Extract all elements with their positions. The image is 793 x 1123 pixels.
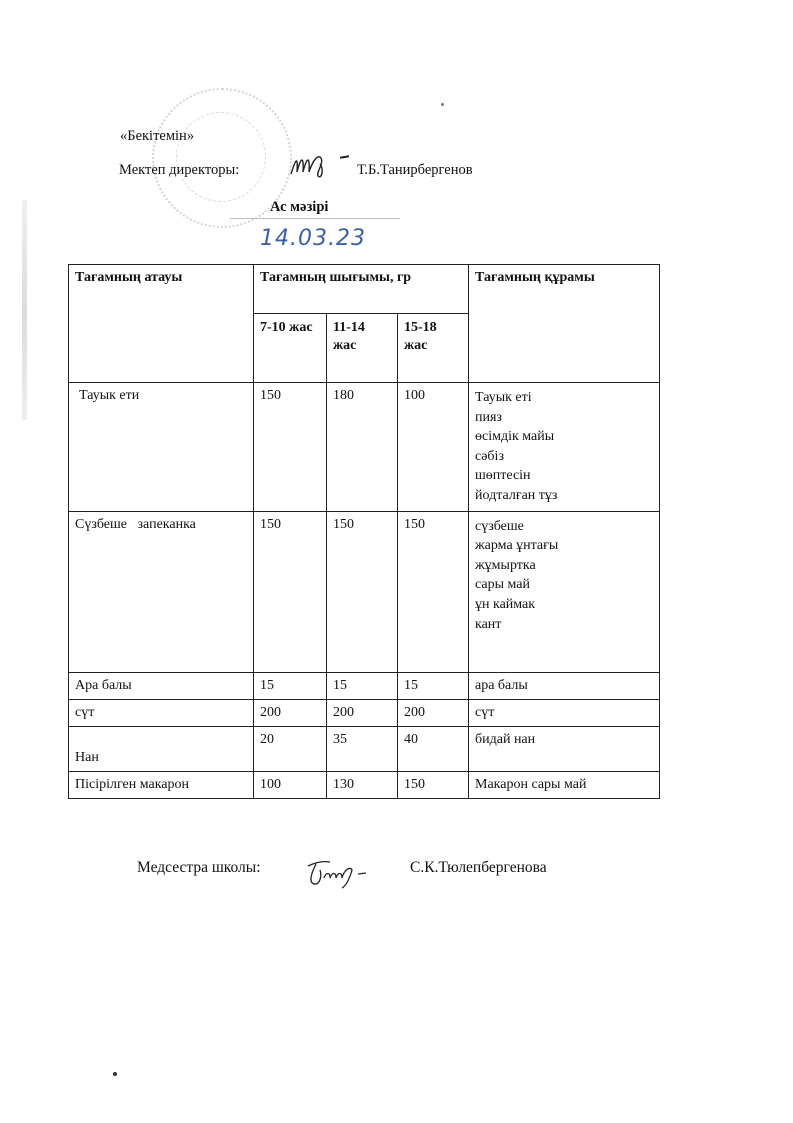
portion-11-14: 130 bbox=[327, 771, 398, 798]
ingredient: сары май bbox=[475, 575, 653, 595]
menu-table: Тағамның атауы Тағамның шығымы, гр Тағам… bbox=[68, 264, 660, 799]
ingredients: сүзбеше жарма ұнтағы жұмыртка сары май ұ… bbox=[469, 511, 660, 672]
dish-name: сүт bbox=[69, 699, 254, 726]
director-signature bbox=[288, 150, 338, 182]
director-label: Мектеп директоры: bbox=[119, 162, 239, 179]
ingredient: жарма ұнтағы bbox=[475, 536, 653, 556]
ingredients: сүт bbox=[469, 699, 660, 726]
table-row: сүт 200 200 200 сүт bbox=[69, 699, 660, 726]
header-age-15-18: 15-18 жас bbox=[398, 314, 469, 383]
scan-speck bbox=[441, 103, 444, 106]
portion-15-18: 40 bbox=[398, 726, 469, 771]
portion-7-10: 200 bbox=[254, 699, 327, 726]
header-portion: Тағамның шығымы, гр bbox=[254, 265, 469, 314]
portion-7-10: 15 bbox=[254, 672, 327, 699]
director-name: Т.Б.Танирбергенов bbox=[357, 162, 473, 179]
portion-7-10: 150 bbox=[254, 383, 327, 512]
portion-11-14: 200 bbox=[327, 699, 398, 726]
table-row: Тауык ети 150 180 100 Тауык еті пияз өсі… bbox=[69, 383, 660, 512]
ingredient: пияз bbox=[475, 408, 653, 428]
portion-11-14: 150 bbox=[327, 511, 398, 672]
portion-15-18: 150 bbox=[398, 771, 469, 798]
table-row: Сүзбеше запеканка 150 150 150 сүзбеше жа… bbox=[69, 511, 660, 672]
header-dish-name: Тағамның атауы bbox=[69, 265, 254, 383]
header-age-11-14: 11-14 жас bbox=[327, 314, 398, 383]
portion-11-14: 35 bbox=[327, 726, 398, 771]
header-age-7-10: 7-10 жас bbox=[254, 314, 327, 383]
ingredient: сүзбеше bbox=[475, 517, 653, 537]
dish-name: Сүзбеше запеканка bbox=[69, 511, 254, 672]
ingredient: Тауык еті bbox=[475, 388, 653, 408]
scan-speck bbox=[113, 1072, 117, 1076]
ingredient: жұмыртка bbox=[475, 556, 653, 576]
table-row: Нан 20 35 40 бидай нан bbox=[69, 726, 660, 771]
ingredients: Макарон сары май bbox=[469, 771, 660, 798]
ingredient: йодталған тұз bbox=[475, 486, 653, 506]
portion-15-18: 200 bbox=[398, 699, 469, 726]
ingredients: ара балы bbox=[469, 672, 660, 699]
portion-15-18: 15 bbox=[398, 672, 469, 699]
ingredient: өсімдік майы bbox=[475, 427, 653, 447]
ingredients: Тауык еті пияз өсімдік майы сәбіз шөптес… bbox=[469, 383, 660, 512]
portion-15-18: 100 bbox=[398, 383, 469, 512]
header-composition: Тағамның құрамы bbox=[469, 265, 660, 383]
portion-7-10: 100 bbox=[254, 771, 327, 798]
approve-label: «Бекітемін» bbox=[120, 128, 194, 145]
dish-name: Нан bbox=[69, 726, 254, 771]
nurse-name: С.К.Тюлепбергенова bbox=[410, 859, 547, 877]
signature-dash bbox=[340, 155, 349, 159]
portion-11-14: 180 bbox=[327, 383, 398, 512]
dish-name: Ара балы bbox=[69, 672, 254, 699]
ingredient: кант bbox=[475, 615, 653, 635]
ingredient: сәбіз bbox=[475, 447, 653, 467]
portion-11-14: 15 bbox=[327, 672, 398, 699]
dish-name: Тауык ети bbox=[69, 383, 254, 512]
scan-edge-artifact bbox=[22, 200, 27, 420]
page-title: Ас мәзірі bbox=[270, 199, 328, 216]
stamp-line bbox=[230, 218, 400, 219]
ingredients: бидай нан bbox=[469, 726, 660, 771]
ingredient: ұн каймак bbox=[475, 595, 653, 615]
portion-7-10: 150 bbox=[254, 511, 327, 672]
dish-name: Пісірілген макарон bbox=[69, 771, 254, 798]
portion-7-10: 20 bbox=[254, 726, 327, 771]
handwritten-date: 14.03.23 bbox=[260, 226, 366, 251]
table-row: Ара балы 15 15 15 ара балы bbox=[69, 672, 660, 699]
portion-15-18: 150 bbox=[398, 511, 469, 672]
table-row: Пісірілген макарон 100 130 150 Макарон с… bbox=[69, 771, 660, 798]
nurse-signature bbox=[302, 852, 374, 892]
nurse-label: Медсестра школы: bbox=[137, 859, 261, 877]
ingredient: шөптесін bbox=[475, 466, 653, 486]
table-header-row: Тағамның атауы Тағамның шығымы, гр Тағам… bbox=[69, 265, 660, 314]
